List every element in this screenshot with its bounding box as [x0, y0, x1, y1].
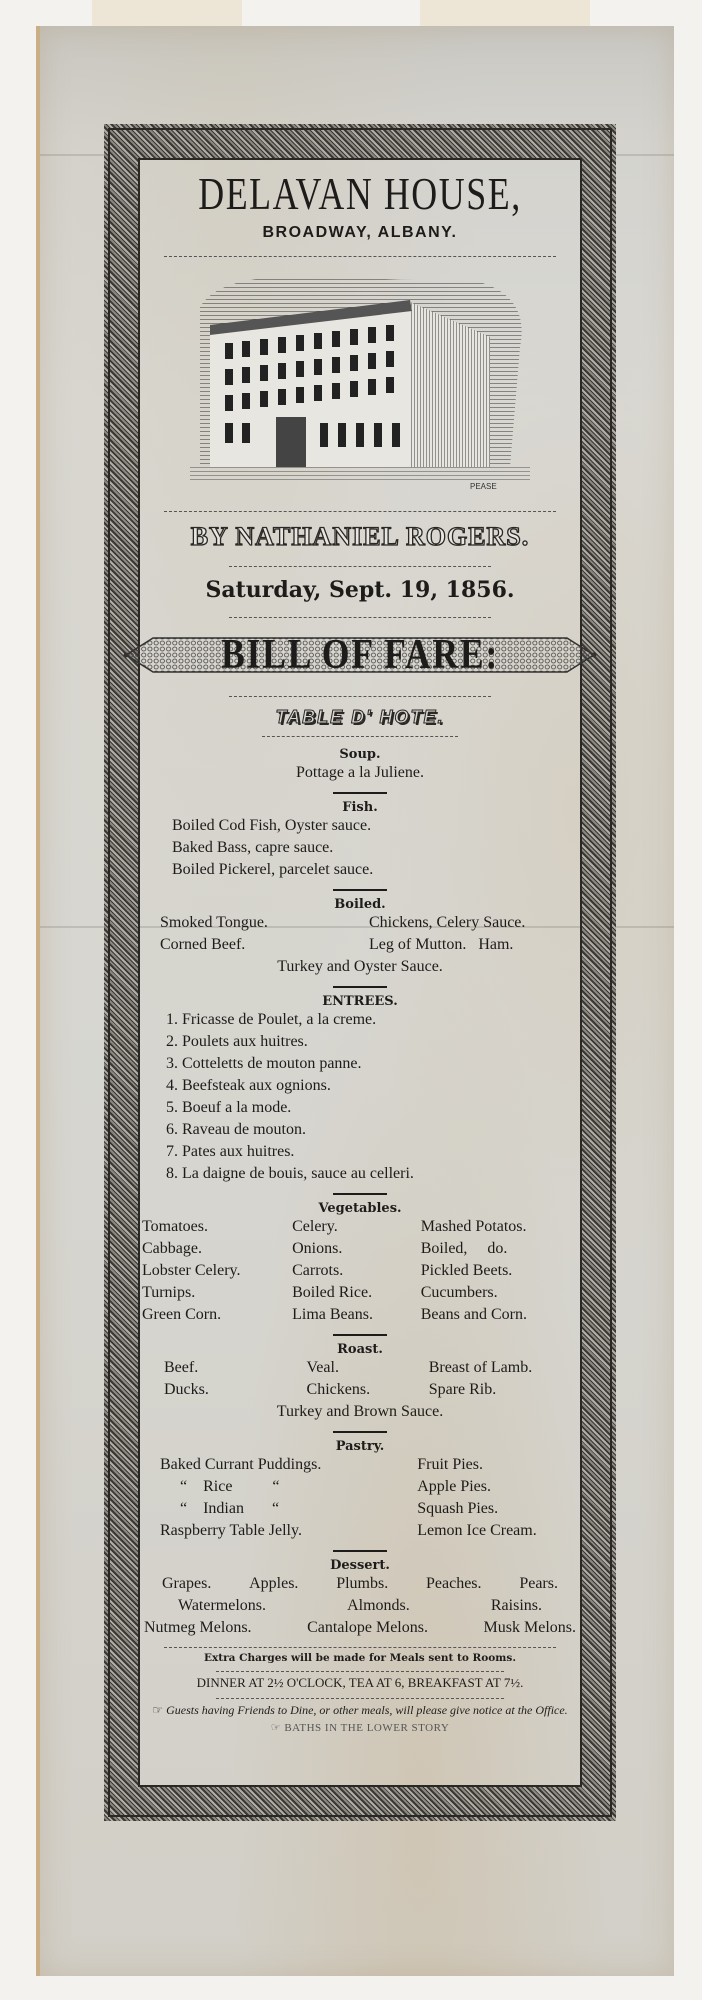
menu-item: Plumbs. — [336, 1573, 388, 1595]
hotel-engraving: PEASE — [180, 267, 540, 497]
menu-item: 4. Beefsteak aux ognions. — [166, 1075, 578, 1097]
divider — [229, 692, 491, 697]
engraver-signature: PEASE — [470, 482, 497, 491]
menu-item: Corned Beef. — [160, 934, 369, 956]
menu-item: Cantalope Melons. — [307, 1617, 428, 1639]
divider — [216, 1694, 504, 1699]
baths-note: ☞ BATHS IN THE LOWER STORY — [142, 1721, 578, 1734]
hotel-location: BROADWAY, ALBANY. — [142, 224, 578, 242]
section-rule — [333, 889, 387, 891]
menu-item: 5. Boeuf a la mode. — [166, 1097, 578, 1119]
menu-item: Squash Pies. — [417, 1498, 578, 1520]
section-heading: Fish. — [142, 800, 578, 815]
menu-item: Lima Beans. — [292, 1304, 421, 1326]
section-boiled: Boiled. Smoked Tongue. Chickens, Celery … — [142, 897, 578, 978]
divider — [164, 1643, 556, 1648]
section-rule — [333, 986, 387, 988]
extra-charges-note: Extra Charges will be made for Meals sen… — [142, 1652, 578, 1664]
section-heading: Dessert. — [142, 1558, 578, 1573]
entrance — [276, 417, 306, 467]
menu-item: Baked Currant Puddings. — [160, 1454, 417, 1476]
section-fish: Fish. Boiled Cod Fish, Oyster sauce. Bak… — [142, 800, 578, 881]
menu-item: Tomatoes. — [142, 1216, 292, 1238]
menu-item: Peaches. — [426, 1573, 482, 1595]
guest-notice: ☞ Guests having Friends to Dine, or othe… — [142, 1703, 578, 1717]
menu-item: Baked Bass, capre sauce. — [172, 837, 578, 859]
menu-item: Green Corn. — [142, 1304, 292, 1326]
menu-item: Chickens. — [307, 1379, 429, 1401]
menu-item: Celery. — [292, 1216, 421, 1238]
section-rule — [333, 792, 387, 794]
bill-of-fare-banner: BILL OF FARE: — [122, 628, 598, 682]
section-rule — [333, 1550, 387, 1552]
menu-item: Lobster Celery. — [142, 1260, 292, 1282]
section-heading: Roast. — [142, 1342, 578, 1357]
menu-item: Boiled Pickerel, parcelet sauce. — [172, 859, 578, 881]
menu-content: DELAVAN HOUSE, BROADWAY, ALBANY. — [142, 160, 578, 1734]
menu-item: Raspberry Table Jelly. — [160, 1520, 417, 1542]
menu-item: Turkey and Brown Sauce. — [142, 1401, 578, 1423]
menu-item: 2. Poulets aux huitres. — [166, 1031, 578, 1053]
menu-item: Musk Melons. — [484, 1617, 576, 1639]
divider — [216, 1667, 504, 1672]
menu-item: 7. Pates aux huitres. — [166, 1141, 578, 1163]
menu-item: Cucumbers. — [421, 1282, 578, 1304]
menu-item: Apple Pies. — [417, 1476, 578, 1498]
menu-item: Boiled Rice. — [292, 1282, 421, 1304]
menu-item: Breast of Lamb. — [429, 1357, 578, 1379]
section-vegetables: Vegetables. Tomatoes. Celery. Mashed Pot… — [142, 1201, 578, 1326]
menu-item: Leg of Mutton. Ham. — [369, 934, 578, 956]
menu-item: Raisins. — [491, 1595, 542, 1617]
menu-item: Pickled Beets. — [421, 1260, 578, 1282]
menu-item: 1. Fricasse de Poulet, a la creme. — [166, 1009, 578, 1031]
section-rule — [333, 1193, 387, 1195]
menu-item: Mashed Potatos. — [421, 1216, 578, 1238]
divider — [164, 252, 556, 257]
menu-item: Boiled Cod Fish, Oyster sauce. — [172, 815, 578, 837]
menu-item: “ Indian “ — [160, 1498, 417, 1520]
baths-note-text: BATHS IN THE LOWER STORY — [284, 1722, 449, 1734]
hotel-name: DELAVAN HOUSE, — [190, 170, 530, 218]
menu-item: Spare Rib. — [429, 1379, 578, 1401]
pointing-hand-icon: ☞ — [271, 1722, 281, 1734]
section-soup: Soup. Pottage a la Juliene. — [142, 747, 578, 784]
service-type: TABLE D' HOTE. — [142, 707, 578, 728]
tape-strip-right — [420, 0, 590, 26]
menu-item: Grapes. — [162, 1573, 211, 1595]
menu-item: Ducks. — [164, 1379, 307, 1401]
menu-item: Turnips. — [142, 1282, 292, 1304]
divider — [262, 732, 458, 737]
menu-item: Apples. — [249, 1573, 298, 1595]
menu-item: Chickens, Celery Sauce. — [369, 912, 578, 934]
section-heading: Boiled. — [142, 897, 578, 912]
section-heading: Soup. — [142, 747, 578, 762]
section-entrees: ENTREES. 1. Fricasse de Poulet, a la cre… — [142, 994, 578, 1185]
menu-item: 3. Cotteletts de mouton panne. — [166, 1053, 578, 1075]
menu-item: Veal. — [307, 1357, 429, 1379]
section-heading: Vegetables. — [142, 1201, 578, 1216]
section-rule — [333, 1431, 387, 1433]
section-roast: Roast. Beef. Veal. Breast of Lamb. Ducks… — [142, 1342, 578, 1423]
menu-item: Beans and Corn. — [421, 1304, 578, 1326]
menu-item: Carrots. — [292, 1260, 421, 1282]
menu-date: Saturday, Sept. 19, 1856. — [142, 577, 578, 603]
building-illustration: PEASE — [180, 267, 540, 497]
menu-item: Watermelons. — [178, 1595, 266, 1617]
menu-item: Boiled, do. — [421, 1238, 578, 1260]
menu-item: Pears. — [519, 1573, 558, 1595]
section-heading: Pastry. — [142, 1439, 578, 1454]
proprietor-line: BY NATHANIEL ROGERS. — [142, 522, 578, 552]
menu-item: Smoked Tongue. — [160, 912, 369, 934]
menu-item: “ Rice “ — [160, 1476, 417, 1498]
menu-item: Almonds. — [347, 1595, 410, 1617]
menu-item: 6. Raveau de mouton. — [166, 1119, 578, 1141]
bill-of-fare-title: BILL OF FARE: — [158, 632, 563, 678]
menu-item: Lemon Ice Cream. — [417, 1520, 578, 1542]
menu-item: Beef. — [164, 1357, 307, 1379]
pointing-hand-icon: ☞ — [152, 1703, 163, 1717]
menu-item: Cabbage. — [142, 1238, 292, 1260]
divider — [229, 562, 491, 567]
menu-item: Fruit Pies. — [417, 1454, 578, 1476]
menu-item: Nutmeg Melons. — [144, 1617, 252, 1639]
tape-strip-left — [92, 0, 242, 26]
menu-item: Turkey and Oyster Sauce. — [142, 956, 578, 978]
guest-notice-text: Guests having Friends to Dine, or other … — [166, 1703, 568, 1717]
divider — [164, 507, 556, 512]
divider — [229, 613, 491, 618]
section-dessert: Dessert. Grapes. Apples. Plumbs. Peaches… — [142, 1558, 578, 1639]
menu-item: 8. La daigne de bouis, sauce au celleri. — [166, 1163, 578, 1185]
section-heading: ENTREES. — [142, 994, 578, 1009]
section-rule — [333, 1334, 387, 1336]
menu-item: Onions. — [292, 1238, 421, 1260]
menu-item: Pottage a la Juliene. — [142, 762, 578, 784]
section-pastry: Pastry. Baked Currant Puddings. Fruit Pi… — [142, 1439, 578, 1542]
meal-hours: DINNER AT 2½ O'CLOCK, TEA AT 6, BREAKFAS… — [142, 1675, 578, 1691]
